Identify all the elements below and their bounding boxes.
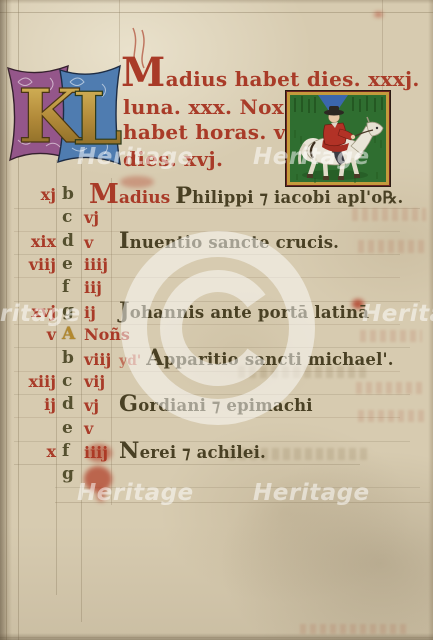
golden-number: x	[14, 440, 56, 463]
day-count: iiij	[84, 253, 114, 276]
day-count: iij	[84, 276, 114, 299]
rubric-line-3: habet horas. viij	[123, 120, 309, 144]
heritage-watermark: Heritage	[253, 480, 370, 506]
golden-number: xj	[14, 183, 56, 206]
heritage-watermark: Heritage	[362, 301, 433, 327]
rubric-line-2: luna. xxx. Nox	[123, 95, 284, 119]
rubric-line-1: Madius habet dies. xxxj.	[121, 53, 420, 93]
day-count: vj	[84, 394, 114, 417]
page-edge-shadow	[0, 0, 433, 4]
heritage-watermark: Heritage	[77, 144, 194, 170]
ruling-line-horizontal	[0, 12, 433, 13]
may-horseman-miniature	[285, 90, 391, 187]
day-count: viij	[84, 348, 114, 371]
dominical-letter: e	[62, 253, 82, 276]
dominical-letter: e	[62, 417, 82, 440]
dominical-letter: f	[62, 440, 82, 463]
golden-number: xiij	[14, 370, 56, 393]
dominical-letter: c	[62, 206, 82, 229]
dominical-letter: b	[62, 347, 82, 370]
rubric-line-1-text: adius habet dies. xxxj.	[166, 67, 420, 91]
golden-number: ij	[14, 393, 56, 416]
day-count: vj	[84, 206, 114, 229]
dominical-letter: f	[62, 276, 82, 299]
heritage-watermark: Heritage	[253, 144, 370, 170]
ink-smudge	[374, 12, 383, 17]
rubric-initial-m: M	[121, 53, 166, 93]
manuscript-page: K L Madius habet dies. xxxj. luna. xxx. …	[0, 0, 433, 640]
ruling-line-vertical	[119, 0, 120, 62]
feast-entry: Nerei ⁊ achilei.	[119, 440, 266, 464]
dominical-letter: c	[62, 370, 82, 393]
dominical-letter: d	[62, 393, 82, 416]
ink-smudge	[86, 444, 112, 462]
page-edge-shadow	[0, 633, 433, 640]
day-count: v	[84, 231, 114, 254]
calendar-row-may-1: xj b MadiusPhilippi ⁊ iacobi apl'o℞.	[0, 183, 433, 207]
day-count: vij	[84, 370, 114, 393]
day-count: ij	[84, 301, 114, 324]
dominical-letter: d	[62, 230, 82, 253]
calendar-row-may-12: x f iiijNerei ⁊ achilei.	[0, 440, 433, 464]
heritage-watermark: Heritage	[0, 301, 81, 327]
golden-number: xix	[14, 230, 56, 253]
hat-brim	[324, 110, 344, 116]
heritage-watermark: Heritage	[77, 480, 194, 506]
golden-number: viij	[14, 253, 56, 276]
copyright-watermark-icon	[112, 222, 324, 434]
day-count: v	[84, 417, 114, 440]
rider-hand	[351, 135, 355, 139]
dominical-letter: b	[62, 183, 82, 206]
